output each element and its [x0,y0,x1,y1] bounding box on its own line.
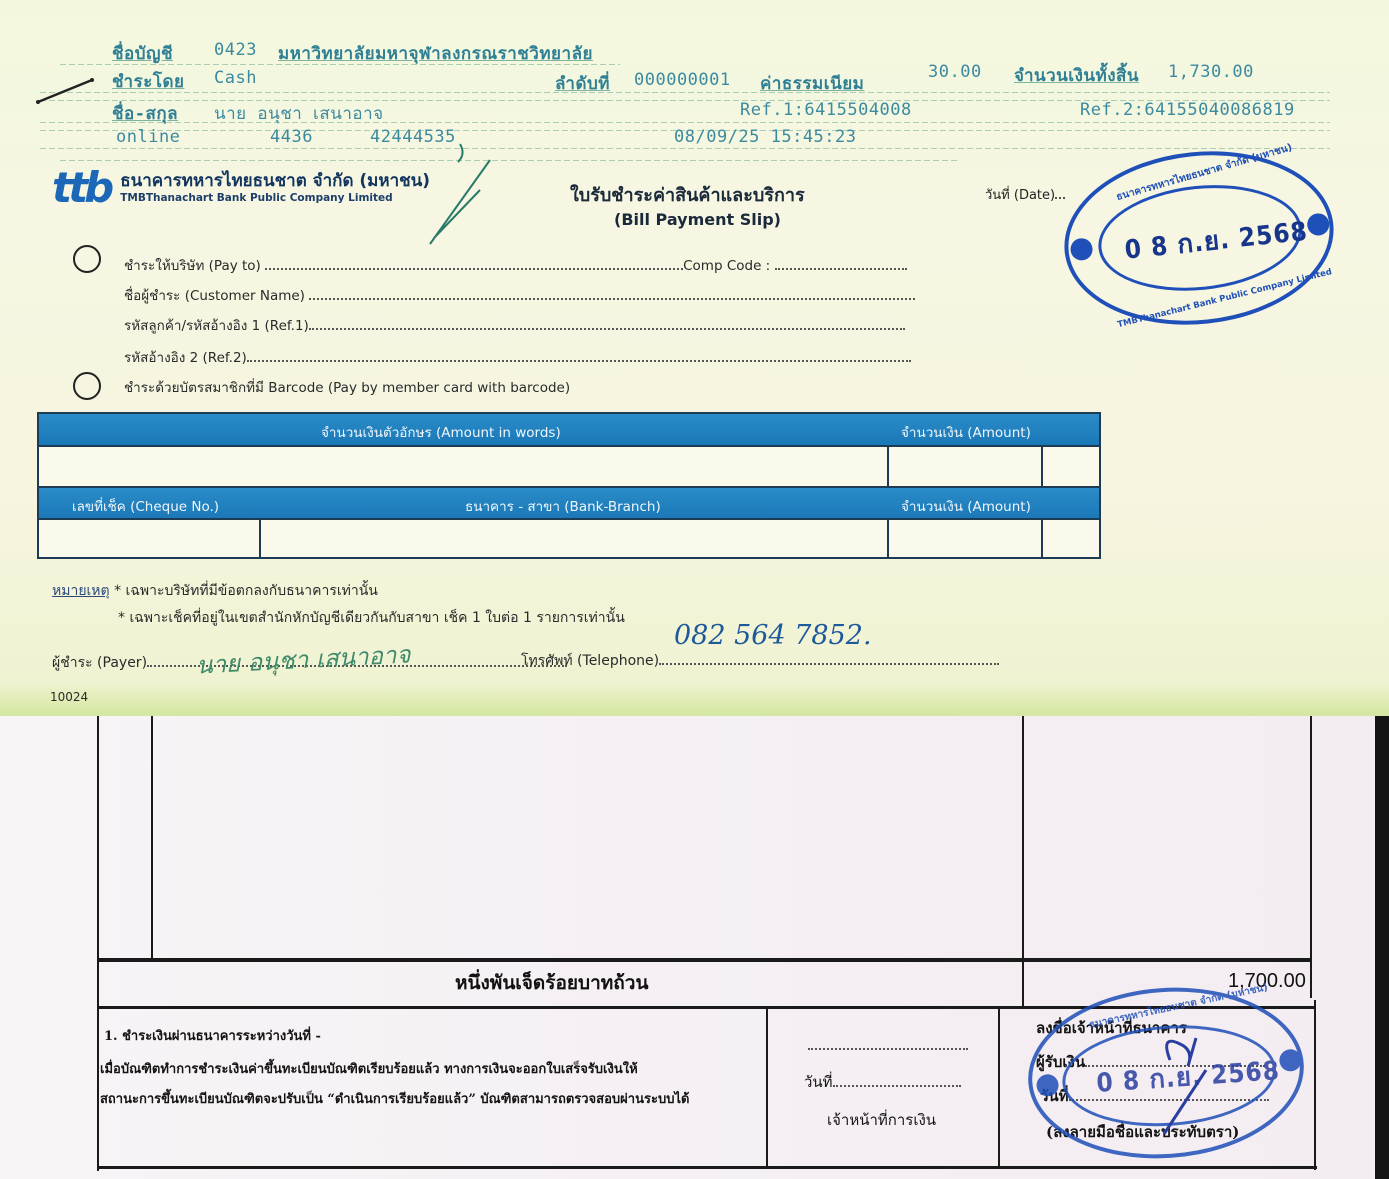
pay-by-barcode-radio[interactable] [73,372,101,400]
bank-branch-header: ธนาคาร - สาขา (Bank-Branch) [465,495,661,517]
remark-label: หมายเหตุ [52,583,110,599]
ref2-value: Ref.2:64155040086819 [1080,100,1295,120]
table-divider [151,716,153,961]
fee-value: 30.00 [928,62,982,82]
officer-signature-line [808,1036,968,1054]
table-divider [1022,716,1024,1008]
paid-by-label: ชำระโดย [112,68,184,95]
instruction-3: สถานะการขึ้นทะเบียนบัณฑิตจะปรับเป็น “ดำเ… [100,1088,689,1109]
slip-title-en: (Bill Payment Slip) [614,210,781,229]
table-header-row-2: เลขที่เช็ค (Cheque No.) ธนาคาร - สาขา (B… [39,488,1099,519]
instruction-2: เมื่อบัณฑิตทำการชำระเงินค่าขึ้นทะเบียนบั… [100,1058,638,1079]
comp-code-label: Comp Code : [683,258,770,274]
account-code: 0423 [214,40,257,60]
table-header-row-1: จำนวนเงินตัวอักษร (Amount in words) จำนว… [39,414,1099,445]
name-value: นาย อนุชา เสนาอาจ [214,100,384,127]
print-rule [40,92,1330,93]
finance-officer-label: เจ้าหน้าที่การเงิน [827,1108,936,1132]
cheque-amount-cell[interactable] [889,520,1041,559]
payer-signature: นาย อนุชา เสนาอาจ [195,634,411,684]
print-rule [40,148,1330,149]
bank-name-en: TMBThanachart Bank Public Company Limite… [120,191,430,205]
table-divider [998,1008,1000,1168]
amount-in-words-cell[interactable] [39,447,887,486]
telephone-value: 082 564 7852. [674,620,872,651]
table-border-right [1310,716,1312,998]
table-divider [766,1008,768,1168]
ref1-value: Ref.1:6415504008 [740,100,912,120]
ref2-row: รหัสอ้างอิง 2 (Ref.2) [124,346,911,368]
amount-header-2: จำนวนเงิน (Amount) [901,495,1031,517]
transaction-datetime: 08/09/25 15:45:23 [674,127,857,147]
branch-code: 4436 [270,127,313,147]
ttb-logo-mark: ttb [52,170,110,206]
bank-name-th: ธนาคารทหารไทยธนชาต จำกัด (มหาชน) [120,171,430,191]
bill-payment-slip: ชื่อบัญชี 0423 มหาวิทยาลัยมหาจุฬาลงกรณรา… [0,0,1389,716]
remark-1: หมายเหตุ * เฉพาะบริษัทที่มีข้อตกลงกับธนา… [52,580,378,602]
total-value: 1,730.00 [1168,62,1254,82]
table-rule [97,1166,1317,1169]
pen-arrow-mark [34,76,96,106]
bank-logo: ttb ธนาคารทหารไทยธนชาต จำกัด (มหาชน) TMB… [52,170,430,206]
pay-to-company-radio[interactable] [73,245,101,273]
customer-name-row: ชื่อผู้ชำระ (Customer Name) [124,284,915,306]
amount-header: จำนวนเงิน (Amount) [901,421,1031,443]
channel: online [116,127,180,147]
table-border-left [97,716,99,1171]
background-edge [1375,716,1389,1179]
account-label: ชื่อบัญชี [112,40,173,67]
bank-branch-cell[interactable] [261,520,887,559]
table-border-right [1314,1000,1316,1170]
cheque-no-header: เลขที่เช็ค (Cheque No.) [72,495,219,517]
telephone-row: โทรศัพท์ (Telephone) [521,650,999,672]
seq-label: ลำดับที่ [555,70,610,97]
total-label: จำนวนเงินทั้งสิ้น [1014,62,1139,89]
print-rule [60,160,960,161]
officer-initials-signature [1150,1030,1220,1140]
account-name: มหาวิทยาลัยมหาจุฬาลงกรณราชวิทยาลัย [278,40,593,67]
amount-cell[interactable] [889,447,1041,486]
paid-by-value: Cash [214,68,257,88]
cheque-no-cell[interactable] [39,520,259,559]
pen-check-mark [420,140,500,250]
remark-2: * เฉพาะเช็คที่อยู่ในเขตสำนักหักบัญชีเดีย… [118,607,625,629]
payment-table: จำนวนเงินตัวอักษร (Amount in words) จำนว… [37,412,1101,559]
officer-date-row: วันที่ [804,1070,961,1094]
seq-value: 000000001 [634,70,731,90]
date-label: วันที่ (Date) [985,184,1065,205]
paper-edge [0,682,1389,716]
barcode-option-label: ชำระด้วยบัตรสมาชิกที่มี Barcode (Pay by … [124,376,570,398]
bank-date-stamp: ธนาคารทหารไทยธนชาต จำกัด (มหาชน) TMBThan… [1056,138,1342,337]
invoice-amount-words: หนึ่งพันเจ็ดร้อยบาทถ้วน [455,968,648,998]
fee-label: ค่าธรรมเนียม [760,70,864,97]
name-label: ชื่อ-สกุล [112,100,178,127]
table-rule [97,958,1312,962]
form-number: 10024 [50,690,88,704]
ref1-row: รหัสลูกค้า/รหัสอ้างอิง 1 (Ref.1) [124,314,905,336]
slip-title-th: ใบรับชำระค่าสินค้าและบริการ [570,180,805,209]
amount-in-words-header: จำนวนเงินตัวอักษร (Amount in words) [321,421,561,443]
pay-to-row: ชำระให้บริษัท (Pay to) Comp Code : [124,254,907,276]
instruction-1: 1. ชำระเงินผ่านธนาคารระหว่างวันที่ - [104,1025,321,1046]
